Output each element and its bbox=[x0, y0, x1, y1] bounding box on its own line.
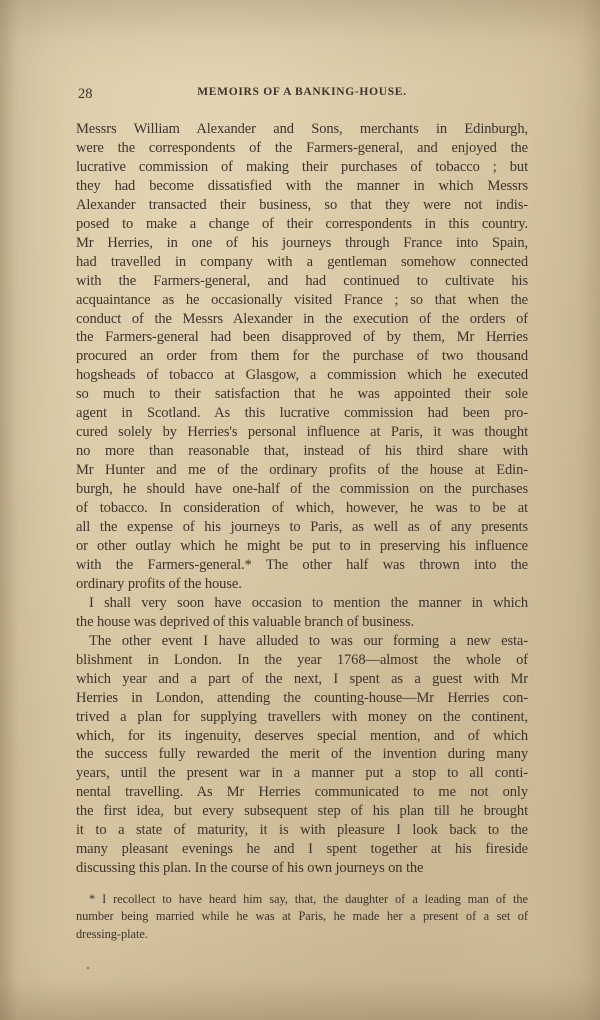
text-line: many pleasant evenings he and I spent to… bbox=[76, 840, 528, 859]
paragraph: I shall very soon have occasion to menti… bbox=[76, 594, 528, 632]
footnote-line: dressing-plate. bbox=[76, 926, 528, 943]
text-line: nental travelling. As Mr Herries communi… bbox=[76, 783, 528, 802]
text-line: posed to make a change of their correspo… bbox=[76, 215, 528, 234]
text-line: which, for its ingenuity, deserves speci… bbox=[76, 727, 528, 746]
text-line: burgh, he should have one-half of the co… bbox=[76, 480, 528, 499]
page-body: Messrs William Alexander and Sons, merch… bbox=[76, 120, 528, 878]
text-line: conduct of the Messrs Alexander in the e… bbox=[76, 310, 528, 329]
footnote-line: number being married while he was at Par… bbox=[76, 908, 528, 925]
text-line: acquaintance as he occasionally visited … bbox=[76, 291, 528, 310]
text-line: had travelled in company with a gentlema… bbox=[76, 253, 528, 272]
text-line: Mr Hunter and me of the ordinary profits… bbox=[76, 461, 528, 480]
text-line: with the Farmers-general, and had contin… bbox=[76, 272, 528, 291]
text-line: it to a state of maturity, it is with pl… bbox=[76, 821, 528, 840]
text-line: the first idea, but every subsequent ste… bbox=[76, 802, 528, 821]
running-title: MEMOIRS OF A BANKING-HOUSE. bbox=[76, 86, 528, 98]
text-line: cured solely by Herries's personal influ… bbox=[76, 423, 528, 442]
text-line: the house was deprived of this valuable … bbox=[76, 613, 528, 632]
text-line: lucrative commission of making their pur… bbox=[76, 158, 528, 177]
text-line: ordinary profits of the house. bbox=[76, 575, 528, 594]
text-line: I shall very soon have occasion to menti… bbox=[76, 594, 528, 613]
text-line: blishment in London. In the year 1768—al… bbox=[76, 651, 528, 670]
text-line: which year and a part of the next, I spe… bbox=[76, 670, 528, 689]
text-line: were the correspondents of the Farmers-g… bbox=[76, 139, 528, 158]
text-line: all the expense of his journeys to Paris… bbox=[76, 518, 528, 537]
text-line: no more than reasonable that, instead of… bbox=[76, 442, 528, 461]
text-line: the success fully rewarded the merit of … bbox=[76, 745, 528, 764]
text-line: of tobacco. In consideration of which, h… bbox=[76, 499, 528, 518]
text-line: they had become dissatisfied with the ma… bbox=[76, 177, 528, 196]
text-line: Messrs William Alexander and Sons, merch… bbox=[76, 120, 528, 139]
text-line: agent in Scotland. As this lucrative com… bbox=[76, 404, 528, 423]
paragraph: Messrs William Alexander and Sons, merch… bbox=[76, 120, 528, 594]
text-line: Herries in London, attending the countin… bbox=[76, 689, 528, 708]
text-line: Alexander transacted their business, so … bbox=[76, 196, 528, 215]
text-line: The other event I have alluded to was ou… bbox=[76, 632, 528, 651]
footnote: * I recollect to have heard him say, tha… bbox=[76, 891, 528, 943]
book-page-scan: 28 MEMOIRS OF A BANKING-HOUSE. Messrs Wi… bbox=[0, 0, 600, 1020]
text-line: discussing this plan. In the course of h… bbox=[76, 859, 528, 878]
text-line: trived a plan for supplying travellers w… bbox=[76, 708, 528, 727]
page-header: 28 MEMOIRS OF A BANKING-HOUSE. bbox=[76, 86, 528, 104]
text-line: years, until the present war in a manner… bbox=[76, 764, 528, 783]
paragraph: The other event I have alluded to was ou… bbox=[76, 632, 528, 878]
page-number: 28 bbox=[78, 86, 93, 103]
text-line: hogsheads of tobacco at Glasgow, a commi… bbox=[76, 366, 528, 385]
text-line: with the Farmers-general.* The other hal… bbox=[76, 556, 528, 575]
text-line: procured an order from them for the purc… bbox=[76, 347, 528, 366]
text-line: so much to their satisfaction that he wa… bbox=[76, 385, 528, 404]
text-line: the Farmers-general had been disapproved… bbox=[76, 328, 528, 347]
footnote-line: * I recollect to have heard him say, tha… bbox=[76, 891, 528, 908]
text-line: or other outlay which he might be put to… bbox=[76, 537, 528, 556]
text-line: Mr Herries, in one of his journeys throu… bbox=[76, 234, 528, 253]
